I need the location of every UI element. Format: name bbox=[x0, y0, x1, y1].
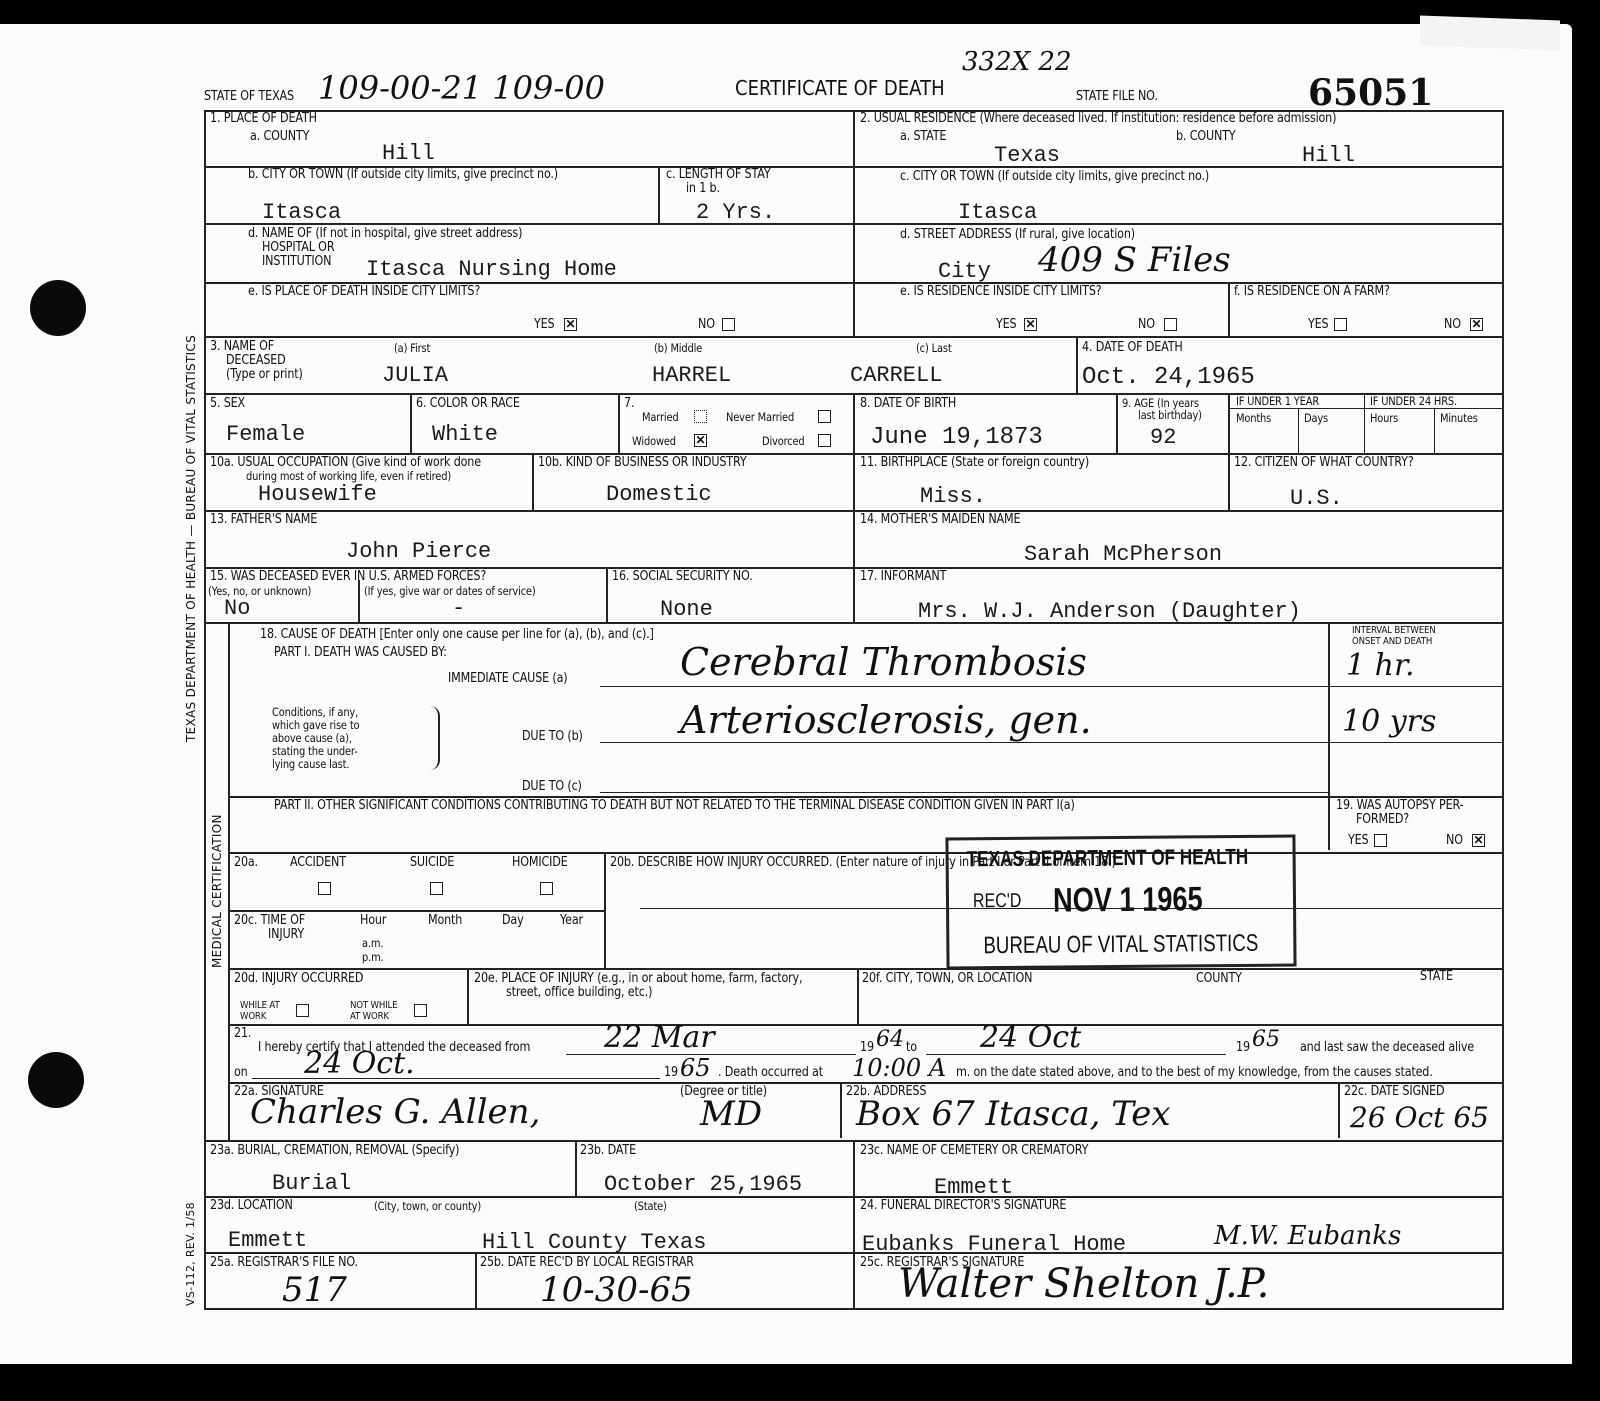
immediate-cause-label: IMMEDIATE CAUSE (a) bbox=[448, 672, 567, 686]
due-to-b-label: DUE TO (b) bbox=[522, 730, 583, 744]
farm-yes-label: YES bbox=[1308, 318, 1328, 332]
divider bbox=[1228, 408, 1504, 409]
certification-text-2: and last saw the deceased alive bbox=[1300, 1041, 1474, 1055]
cemetery-value: Emmett bbox=[934, 1176, 1013, 1200]
middle-name-label: (b) Middle bbox=[654, 342, 702, 354]
divider bbox=[618, 393, 620, 453]
registrar-date-label: 25b. DATE REC'D BY LOCAL REGISTRAR bbox=[480, 1256, 694, 1270]
autopsy-label-2: FORMED? bbox=[1356, 813, 1409, 827]
am-label: a.m. bbox=[362, 937, 383, 949]
hospital-value: Itasca Nursing Home bbox=[366, 258, 617, 282]
farm-yes-checkbox[interactable] bbox=[1334, 318, 1347, 331]
conditions-note-1: Conditions, if any, bbox=[272, 706, 358, 718]
date-of-death-value: Oct. 24,1965 bbox=[1082, 366, 1255, 390]
physician-signature: Charles G. Allen, bbox=[250, 1096, 540, 1128]
residence-county-value: Hill bbox=[1302, 144, 1355, 168]
injury-type-label: 20a. bbox=[234, 856, 258, 870]
armed-forces-service-value: - bbox=[452, 597, 465, 621]
month-label: Month bbox=[428, 914, 462, 928]
year-label: Year bbox=[560, 914, 583, 928]
residence-farm-label: f. IS RESIDENCE ON A FARM? bbox=[1234, 285, 1390, 299]
first-name-value: JULIA bbox=[382, 364, 448, 388]
residence-state-value: Texas bbox=[994, 144, 1060, 168]
autopsy-label: 19. WAS AUTOPSY PER- bbox=[1336, 799, 1463, 813]
margin-department-text: TEXAS DEPARTMENT OF HEALTH — BUREAU OF V… bbox=[184, 335, 198, 742]
conditions-note-3: above cause (a), bbox=[272, 732, 352, 744]
citizen-value: U.S. bbox=[1290, 487, 1343, 511]
residence-inside-no-checkbox[interactable] bbox=[1164, 318, 1177, 331]
last-name-value: CARRELL bbox=[850, 364, 942, 388]
divider bbox=[600, 792, 1328, 793]
death-occurred-at-label: . Death occurred at bbox=[718, 1066, 823, 1080]
divider bbox=[532, 453, 534, 510]
part-two-label: PART II. OTHER SIGNIFICANT CONDITIONS CO… bbox=[274, 799, 1075, 813]
divider bbox=[1328, 622, 1330, 850]
death-inside-limits-label: e. IS PLACE OF DEATH INSIDE CITY LIMITS? bbox=[248, 285, 480, 299]
never-married-checkbox[interactable] bbox=[818, 410, 831, 423]
days-label: Days bbox=[1304, 412, 1328, 424]
death-inside-yes-checkbox[interactable]: ✕ bbox=[564, 318, 577, 331]
burial-location-county-state: Hill County Texas bbox=[482, 1231, 706, 1255]
marital-label: 7. bbox=[624, 397, 634, 411]
burial-date-label: 23b. DATE bbox=[580, 1144, 636, 1158]
divider bbox=[853, 1140, 855, 1310]
informant-label: 17. INFORMANT bbox=[860, 570, 946, 584]
death-time-value: 10:00 A bbox=[852, 1052, 946, 1084]
conditions-note-5: lying cause last. bbox=[272, 758, 349, 770]
divider bbox=[228, 622, 230, 1142]
divider bbox=[857, 968, 859, 1024]
date-signed-label: 22c. DATE SIGNED bbox=[1344, 1085, 1444, 1099]
interval-label-2: ONSET AND DEATH bbox=[1352, 636, 1432, 647]
cause-of-death-label: 18. CAUSE OF DEATH [Enter only one cause… bbox=[260, 628, 654, 642]
divider bbox=[1076, 336, 1078, 393]
residence-street-typed: City bbox=[938, 260, 991, 284]
accident-checkbox[interactable] bbox=[318, 882, 331, 895]
residence-inside-yes-label: YES bbox=[996, 318, 1016, 332]
suicide-label: SUICIDE bbox=[410, 856, 454, 870]
attended-to-value: 24 Oct bbox=[980, 1022, 1081, 1054]
father-name-label: 13. FATHER'S NAME bbox=[210, 513, 317, 527]
armed-forces-value: No bbox=[224, 597, 250, 621]
under-24-hrs-label: IF UNDER 24 HRS. bbox=[1370, 395, 1457, 407]
residence-label: 2. USUAL RESIDENCE (Where deceased lived… bbox=[860, 112, 1336, 126]
deceased-name-label-3: (Type or print) bbox=[226, 368, 303, 382]
handwritten-code: 109-00-21 109-00 bbox=[318, 72, 605, 104]
conditions-note-4: stating the under- bbox=[272, 745, 358, 757]
injury-county-label: COUNTY bbox=[1196, 972, 1242, 986]
occupation-value: Housewife bbox=[258, 483, 377, 507]
minutes-label: Minutes bbox=[1440, 412, 1478, 424]
divider bbox=[1116, 393, 1118, 453]
under-1-year-label: IF UNDER 1 YEAR bbox=[1236, 395, 1319, 407]
residence-city-label: c. CITY OR TOWN (If outside city limits,… bbox=[900, 170, 1209, 184]
to-year-value: 65 bbox=[1252, 1024, 1280, 1056]
residence-county-label: b. COUNTY bbox=[1176, 130, 1235, 144]
injury-state-label: STATE bbox=[1420, 970, 1453, 984]
divider bbox=[228, 852, 1504, 854]
length-of-stay-sublabel: in 1 b. bbox=[686, 182, 720, 196]
divider bbox=[467, 968, 469, 1024]
place-of-injury-label: 20e. PLACE OF INJURY (e.g., in or about … bbox=[474, 972, 802, 986]
punch-hole-bottom bbox=[28, 1052, 84, 1108]
death-inside-yes-label: YES bbox=[534, 318, 554, 332]
last-seen-on-label: on bbox=[234, 1066, 248, 1080]
interval-a-value: 1 hr. bbox=[1346, 650, 1415, 682]
death-county-label: a. COUNTY bbox=[250, 130, 309, 144]
divider bbox=[840, 1082, 842, 1138]
funeral-director-label: 24. FUNERAL DIRECTOR'S SIGNATURE bbox=[860, 1199, 1066, 1213]
divider bbox=[1338, 1082, 1340, 1138]
divider bbox=[204, 223, 1504, 225]
date-signed-value: 26 Oct 65 bbox=[1350, 1102, 1489, 1134]
divider bbox=[600, 742, 1504, 743]
state-file-number: 65051 bbox=[1308, 72, 1433, 114]
burial-method-label: 23a. BURIAL, CREMATION, REMOVAL (Specify… bbox=[210, 1144, 459, 1158]
occupation-label: 10a. USUAL OCCUPATION (Give kind of work… bbox=[210, 456, 481, 470]
farm-no-checkbox[interactable]: ✕ bbox=[1470, 318, 1483, 331]
farm-no-label: NO bbox=[1444, 318, 1461, 332]
divider bbox=[600, 686, 1504, 687]
married-label: Married bbox=[642, 411, 678, 423]
burial-location-city: Emmett bbox=[228, 1229, 307, 1253]
sex-value: Female bbox=[226, 423, 305, 447]
autopsy-yes-label: YES bbox=[1348, 834, 1368, 848]
not-while-at-work-label: NOT WHILE AT WORK bbox=[350, 1000, 402, 1022]
deceased-name-label: 3. NAME OF bbox=[210, 340, 274, 354]
registrar-date-value: 10-30-65 bbox=[540, 1274, 693, 1306]
homicide-label: HOMICIDE bbox=[512, 856, 568, 870]
armed-forces-sublabel-2: (If yes, give war or dates of service) bbox=[364, 585, 536, 597]
margin-form-number: VS-112, REV. 1/58 bbox=[184, 1202, 197, 1306]
while-at-work-checkbox[interactable] bbox=[296, 1004, 309, 1017]
funeral-director-signature: M.W. Eubanks bbox=[1214, 1220, 1401, 1252]
part-one-label: PART I. DEATH WAS CAUSED BY: bbox=[274, 646, 447, 660]
cemetery-label: 23c. NAME OF CEMETERY OR CREMATORY bbox=[860, 1144, 1088, 1158]
certification-text-3: m. on the date stated above, and to the … bbox=[956, 1066, 1433, 1080]
residence-state-label: a. STATE bbox=[900, 130, 946, 144]
burial-date-value: October 25,1965 bbox=[604, 1173, 802, 1197]
burial-method-value: Burial bbox=[272, 1172, 351, 1196]
due-to-b-value: Arteriosclerosis, gen. bbox=[680, 704, 1092, 736]
date-of-death-label: 4. DATE OF DEATH bbox=[1082, 341, 1183, 355]
dob-label: 8. DATE OF BIRTH bbox=[860, 397, 956, 411]
residence-street-handwritten: 409 S Files bbox=[1038, 244, 1231, 276]
place-of-injury-label-2: street, office building, etc.) bbox=[506, 986, 652, 1000]
length-of-stay-label: c. LENGTH OF STAY bbox=[666, 168, 771, 182]
race-value: White bbox=[432, 423, 498, 447]
sex-label: 5. SEX bbox=[210, 397, 245, 411]
mother-name-label: 14. MOTHER'S MAIDEN NAME bbox=[860, 513, 1020, 527]
paper-stack-edge bbox=[1420, 16, 1560, 51]
last-seen-year-prefix: 19 bbox=[664, 1066, 678, 1080]
degree-value: MD bbox=[700, 1098, 762, 1130]
residence-city-value: Itasca bbox=[958, 201, 1037, 225]
interval-b-value: 10 yrs bbox=[1342, 706, 1436, 738]
injury-location-label: 20f. CITY, TOWN, OR LOCATION bbox=[862, 972, 1032, 986]
certification-number: 21. bbox=[234, 1027, 251, 1041]
document-title: CERTIFICATE OF DEATH bbox=[735, 76, 945, 100]
divorced-label: Divorced bbox=[762, 435, 805, 447]
burial-location-label: 23d. LOCATION bbox=[210, 1199, 293, 1213]
divider bbox=[204, 1196, 1504, 1198]
birthplace-value: Miss. bbox=[920, 485, 986, 509]
citizen-label: 12. CITIZEN OF WHAT COUNTRY? bbox=[1234, 456, 1414, 470]
time-of-injury-label-2: INJURY bbox=[268, 928, 304, 942]
due-to-c-label: DUE TO (c) bbox=[522, 780, 582, 794]
place-of-death-label: 1. PLACE OF DEATH bbox=[210, 112, 317, 126]
death-inside-no-checkbox[interactable] bbox=[722, 318, 735, 331]
divider bbox=[204, 1252, 1504, 1254]
married-checkbox[interactable] bbox=[694, 410, 707, 423]
death-city-label: b. CITY OR TOWN (If outside city limits,… bbox=[248, 168, 558, 182]
punch-hole-top bbox=[30, 280, 86, 336]
occupation-sublabel: during most of working life, even if ret… bbox=[246, 470, 451, 482]
suicide-checkbox[interactable] bbox=[430, 882, 443, 895]
time-of-injury-label: 20c. TIME OF bbox=[234, 914, 305, 928]
handwritten-top-note: 332X 22 bbox=[962, 46, 1071, 78]
divider bbox=[358, 580, 360, 622]
stamp-date: NOV 1 1965 bbox=[1053, 880, 1203, 920]
conditions-brace bbox=[424, 706, 440, 770]
dob-value: June 19,1873 bbox=[870, 426, 1043, 450]
injury-occurred-label: 20d. INJURY OCCURRED bbox=[234, 972, 363, 986]
hours-label: Hours bbox=[1370, 412, 1398, 424]
deceased-name-label-2: DECEASED bbox=[226, 354, 286, 368]
length-of-stay-value: 2 Yrs. bbox=[696, 201, 775, 225]
divider bbox=[1228, 393, 1230, 510]
hospital-label-3: INSTITUTION bbox=[262, 255, 331, 269]
divider bbox=[410, 393, 412, 453]
stamp-department: TEXAS DEPARTMENT OF HEALTH bbox=[967, 844, 1249, 872]
divider bbox=[853, 393, 855, 622]
race-label: 6. COLOR OR RACE bbox=[416, 397, 520, 411]
state-of-texas-label: STATE OF TEXAS bbox=[204, 90, 294, 104]
autopsy-yes-checkbox[interactable] bbox=[1374, 834, 1387, 847]
age-sublabel: last birthday) bbox=[1138, 409, 1202, 421]
middle-name-value: HARREL bbox=[652, 364, 731, 388]
divider bbox=[228, 910, 604, 912]
last-name-label: (c) Last bbox=[916, 342, 952, 354]
widowed-label: Widowed bbox=[632, 435, 676, 447]
divider bbox=[228, 968, 1504, 970]
divider bbox=[204, 622, 1504, 624]
mother-name-value: Sarah McPherson bbox=[1024, 543, 1222, 567]
divider bbox=[475, 1252, 477, 1310]
residence-inside-no-label: NO bbox=[1138, 318, 1155, 332]
divider bbox=[604, 852, 606, 968]
to-year-prefix: 19 bbox=[1236, 1041, 1250, 1055]
last-seen-year-value: 65 bbox=[680, 1052, 711, 1084]
divider bbox=[1228, 282, 1230, 336]
stamp-recd-label: REC'D bbox=[973, 890, 1022, 913]
hospital-label: d. NAME OF (If not in hospital, give str… bbox=[248, 227, 522, 241]
burial-location-sublabel: (City, town, or county) bbox=[374, 1200, 481, 1212]
father-name-value: John Pierce bbox=[346, 540, 491, 564]
ssn-value: None bbox=[660, 598, 713, 622]
ssn-label: 16. SOCIAL SECURITY NO. bbox=[612, 570, 753, 584]
state-file-no-label: STATE FILE NO. bbox=[1076, 90, 1158, 104]
divider bbox=[204, 336, 1504, 338]
accident-label: ACCIDENT bbox=[290, 856, 346, 870]
day-label: Day bbox=[502, 914, 524, 928]
not-while-at-work-checkbox[interactable] bbox=[414, 1004, 427, 1017]
hospital-label-2: HOSPITAL OR bbox=[262, 241, 334, 255]
interval-label-1: INTERVAL BETWEEN bbox=[1352, 625, 1436, 636]
months-label: Months bbox=[1236, 412, 1271, 424]
divider bbox=[1434, 408, 1435, 453]
attended-from-value: 22 Mar bbox=[604, 1022, 715, 1054]
last-seen-value: 24 Oct. bbox=[304, 1048, 415, 1080]
informant-value: Mrs. W.J. Anderson (Daughter) bbox=[918, 600, 1301, 624]
hour-label: Hour bbox=[360, 914, 386, 928]
divider bbox=[575, 1140, 577, 1196]
death-city-value: Itasca bbox=[262, 201, 341, 225]
residence-inside-yes-checkbox[interactable]: ✕ bbox=[1024, 318, 1037, 331]
received-stamp: TEXAS DEPARTMENT OF HEALTH REC'D NOV 1 1… bbox=[945, 834, 1296, 969]
while-at-work-label: WHILE AT WORK bbox=[240, 1000, 280, 1022]
death-county-value: Hill bbox=[382, 142, 435, 166]
death-inside-no-label: NO bbox=[698, 318, 715, 332]
divider bbox=[658, 166, 660, 223]
industry-value: Domestic bbox=[606, 483, 712, 507]
immediate-cause-value: Cerebral Thrombosis bbox=[680, 646, 1087, 678]
funeral-director-value: Eubanks Funeral Home bbox=[862, 1233, 1126, 1257]
industry-label: 10b. KIND OF BUSINESS OR INDUSTRY bbox=[538, 456, 747, 470]
burial-state-sublabel: (State) bbox=[634, 1200, 667, 1212]
divorced-checkbox[interactable] bbox=[818, 434, 831, 447]
registrar-file-no-label: 25a. REGISTRAR'S FILE NO. bbox=[210, 1256, 358, 1270]
pm-label: p.m. bbox=[362, 951, 384, 963]
divider bbox=[228, 1024, 1504, 1026]
age-value: 92 bbox=[1150, 426, 1176, 450]
widowed-checkbox[interactable]: ✕ bbox=[694, 434, 707, 447]
divider bbox=[1298, 408, 1299, 453]
birthplace-label: 11. BIRTHPLACE (State or foreign country… bbox=[860, 456, 1089, 470]
stamp-bureau: BUREAU OF VITAL STATISTICS bbox=[983, 930, 1258, 960]
divider bbox=[606, 567, 608, 622]
first-name-label: (a) First bbox=[394, 342, 430, 354]
conditions-note-2: which gave rise to bbox=[272, 719, 359, 731]
residence-inside-limits-label: e. IS RESIDENCE INSIDE CITY LIMITS? bbox=[900, 285, 1102, 299]
registrar-file-no-value: 517 bbox=[282, 1274, 347, 1306]
divider bbox=[1364, 393, 1365, 453]
autopsy-no-checkbox[interactable]: ✕ bbox=[1472, 834, 1485, 847]
registrar-signature: Walter Shelton J.P. bbox=[898, 1268, 1269, 1300]
physician-address-value: Box 67 Itasca, Tex bbox=[856, 1098, 1171, 1130]
never-married-label: Never Married bbox=[726, 411, 794, 423]
autopsy-no-label: NO bbox=[1446, 834, 1463, 848]
armed-forces-label: 15. WAS DECEASED EVER IN U.S. ARMED FORC… bbox=[210, 570, 486, 584]
homicide-checkbox[interactable] bbox=[540, 882, 553, 895]
